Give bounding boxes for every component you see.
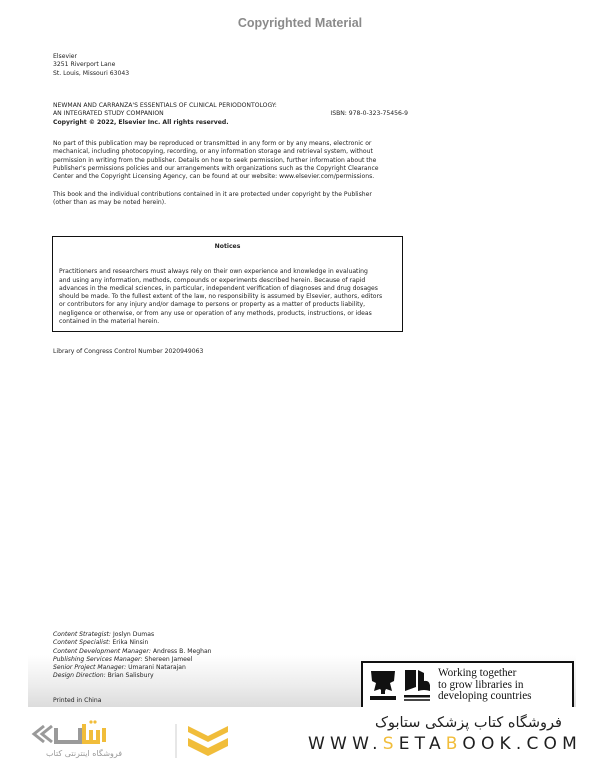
text-line: or contributors for any injury and/or da… [59,301,396,309]
book-aid-banner: Working together to grow libraries in de… [361,661,574,707]
address-line: St. Louis, Missouri 63043 [53,70,129,78]
publisher-address: Elsevier 3251 Riverport Lane St. Louis, … [53,53,129,78]
text-line: contained in the material herein. [59,318,396,326]
notices-body: Practitioners and researchers must alway… [59,268,396,326]
url-part: B [446,734,463,754]
text-line: (other than as may be noted herein). [53,199,403,207]
credit-name: Andress B. Meghan [153,648,212,655]
store-name: فروشگاه کتاب پزشکی ستابوک [308,715,562,731]
credit-role: Publishing Services Manager: [53,656,143,663]
credit-role: Content Specialist: [53,639,110,646]
text-line: and using any information, methods, comp… [59,277,396,285]
printed-in: Printed in China [53,697,101,705]
credit-name: Erika Ninsin [112,639,148,646]
book-aid-slogan: Working together to grow libraries in de… [438,668,532,703]
elsevier-tree-icon [368,667,398,703]
setabook-logo-mark [28,718,238,766]
notices-box: Notices Practitioners and researchers mu… [52,236,403,332]
credit-row: Content Development Manager: Andress B. … [53,648,212,656]
isbn: ISBN: 978-0-323-75456-9 [330,110,408,118]
book-aid-icon [402,667,432,703]
text-line: permission in writing from the publisher… [53,157,403,165]
credit-name: Shereen Jameel [145,656,193,663]
loc-control-number: Library of Congress Control Number 20209… [53,348,203,356]
credit-row: Publishing Services Manager: Shereen Jam… [53,656,212,664]
credit-row: Design Direction: Brian Salisbury [53,672,212,680]
credit-row: Content Specialist: Erika Ninsin [53,639,212,647]
text-line: This book and the individual contributio… [53,191,403,199]
loc-value: 2020949063 [165,348,204,355]
url-part: OOK.COM [462,734,582,754]
url-part: ETA [399,734,446,754]
credit-name: Joslyn Dumas [113,631,154,638]
credit-role: Content Strategist: [53,631,111,638]
address-line: 3251 Riverport Lane [53,61,129,69]
credit-role: Senior Project Manager: [53,664,126,671]
protection-paragraph: This book and the individual contributio… [53,191,403,208]
book-title-line-1: NEWMAN AND CARRANZA'S ESSENTIALS OF CLIN… [53,102,408,110]
url-part: S [383,734,399,754]
store-url[interactable]: WWW.SETABOOK.COM [308,734,582,754]
credit-name: Brian Salisbury [108,672,154,679]
text-line: Practitioners and researchers must alway… [59,268,396,276]
book-title-line-2: AN INTEGRATED STUDY COMPANION [53,110,164,118]
text-line: No part of this publication may be repro… [53,140,403,148]
text-line: Publisher's permissions policies and our… [53,165,403,173]
text-line: should be made. To the fullest extent of… [59,293,396,301]
text-line: advances in the medical sciences, in par… [59,285,396,293]
notices-title: Notices [53,243,402,251]
title-block: NEWMAN AND CARRANZA'S ESSENTIALS OF CLIN… [53,102,408,127]
permissions-paragraph: No part of this publication may be repro… [53,140,403,181]
credits-list: Content Strategist: Joslyn Dumas Content… [53,631,212,681]
credit-role: Content Development Manager: [53,648,151,655]
loc-label: Library of Congress Control Number [53,348,163,355]
url-part: WWW. [308,734,383,754]
text-line: Center and the Copyright Licensing Agenc… [53,173,403,181]
copyrighted-material-watermark: Copyrighted Material [0,16,600,30]
setabook-logo: فروشگاه اینترنتی کتاب [28,718,238,766]
text-line: mechanical, including photocopying, reco… [53,148,403,156]
setabook-promo: فروشگاه کتاب پزشکی ستابوک WWW.SETABOOK.C… [308,715,582,754]
text-line: negligence or otherwise, or from any use… [59,310,396,318]
copyright-line: Copyright © 2022, Elsevier Inc. All righ… [53,119,408,127]
credit-name: Umarani Natarajan [128,664,186,671]
setabook-tagline: فروشگاه اینترنتی کتاب [46,749,122,758]
credit-role: Design Direction: [53,672,106,679]
address-line: Elsevier [53,53,129,61]
slogan-line: developing countries [438,691,532,703]
